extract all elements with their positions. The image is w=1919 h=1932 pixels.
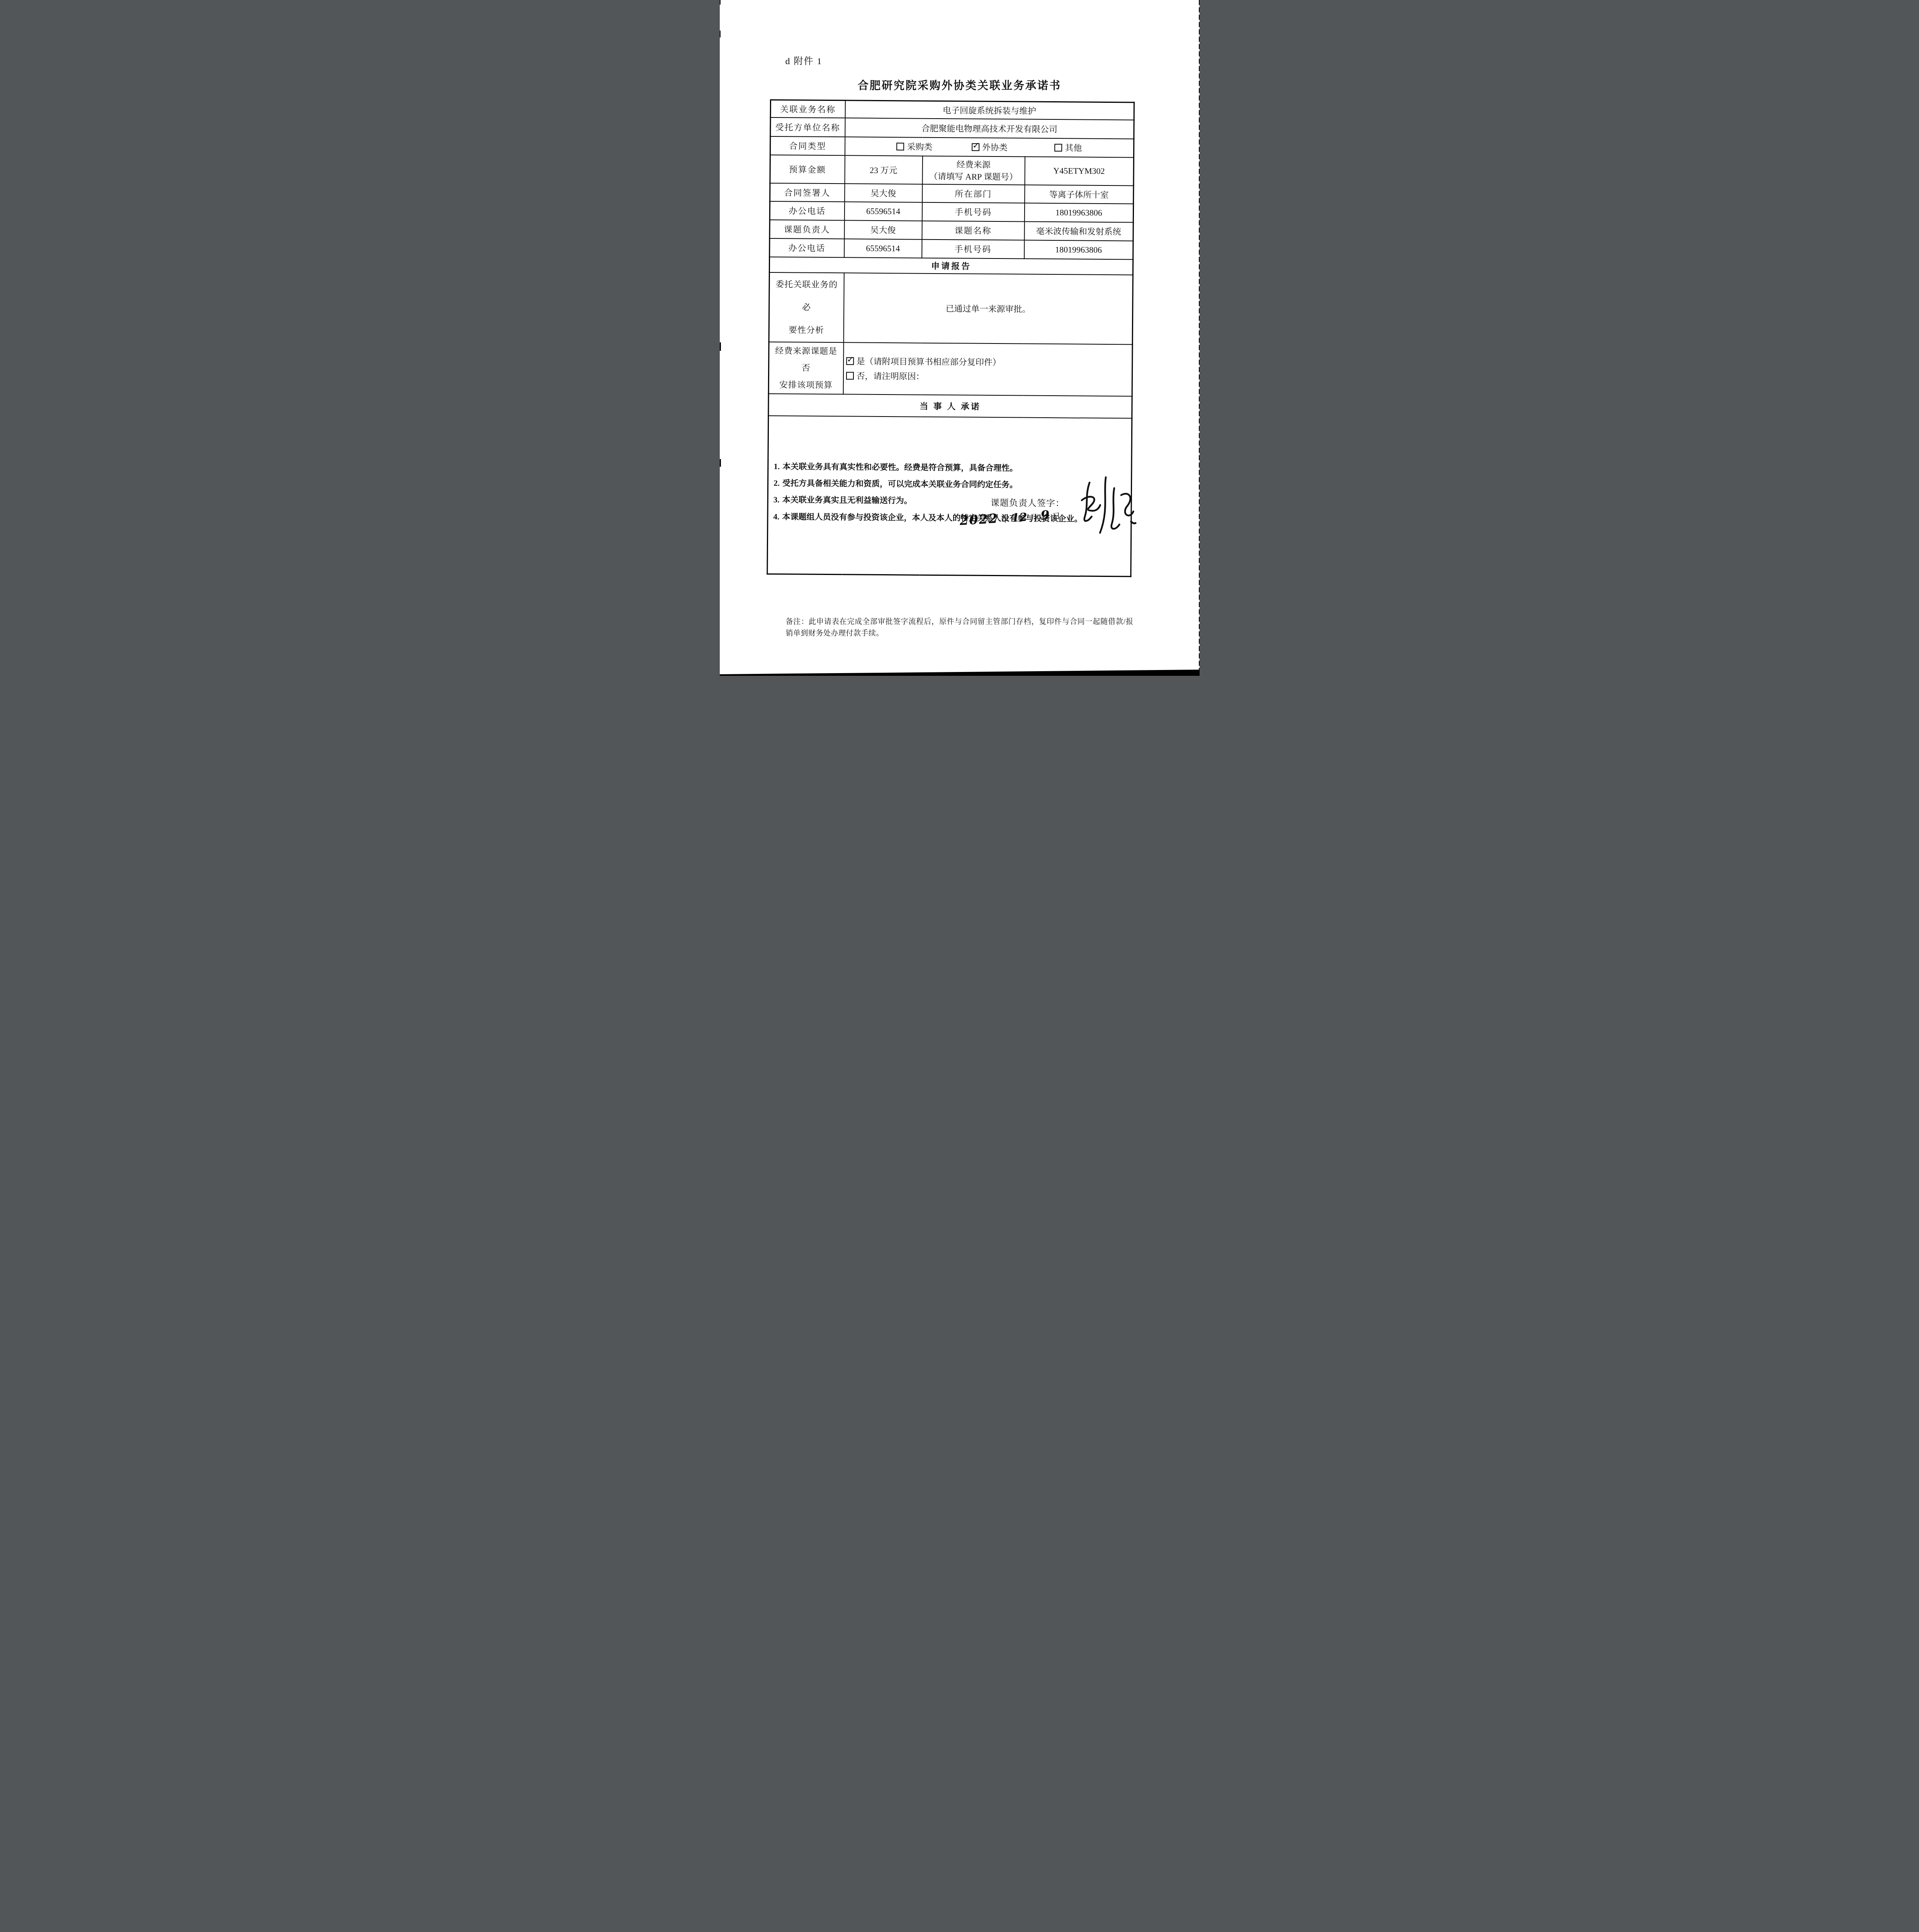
date-day: 9 [1040,507,1050,523]
table-row-application-report-header: 申请报告 [769,257,1133,275]
project-name-label: 课题名称 [921,221,1024,240]
office-phone-label: 办公电话 [769,238,844,257]
business-name-value: 电子回旋系统拆装与维护 [845,100,1134,120]
footer-note: 备注：此申请表在完成全部审批签字流程后，原件与合同留主管部门存档，复印件与合同一… [786,616,1134,640]
contract-signer-value: 吴大俊 [844,184,922,202]
date-month-unit: 月 [1030,513,1038,522]
contract-type-label: 合同类型 [770,136,845,155]
department-label: 所在部门 [922,184,1024,203]
date-month: 12 [1011,510,1027,524]
scan-bottom-bar-artifact [720,668,1200,676]
mobile-value: 18019963806 [1024,240,1133,259]
table-row-necessity: 委托关联业务的必 要性分析 已通过单一来源审批。 [769,272,1133,344]
promise-number: 2. [770,478,782,489]
date-year: 2022 [959,511,998,528]
table-row-promise-header: 当 事 人 承诺 [768,394,1132,418]
checkbox-unchecked [1054,144,1062,151]
contract-type-option-outsourcing: ✓外协类 [971,141,1007,153]
contract-type-options: 采购类 ✓外协类 其他 [845,137,1134,157]
budget-arranged-yes: ✓是（请附项目预算书相应部分复印件） [846,355,1129,369]
office-phone-label: 办公电话 [770,201,844,220]
budget-arranged-no: 否，请注明原因： [846,370,1129,384]
promise-number: 1. [771,461,782,472]
budget-amount-label: 预算金额 [770,155,845,184]
contract-type-option-other: 其他 [1054,141,1082,153]
contract-type-option-label: 外协类 [982,143,1007,152]
department-value: 等离子体所十室 [1024,185,1133,204]
checkmark-icon: ✓ [846,355,854,365]
promise-item-1: 1.本关联业务具有真实性和必要性。经费是符合预算，具备合理性。 [771,461,1129,474]
date-day-unit: 日 [1052,511,1060,521]
promise-text: 受托方具备相关能力和资质，可以完成本关联业务合同约定任务。 [782,478,1017,490]
table-row-office-phone-1: 办公电话 65596514 手机号码 18019963806 [770,201,1133,223]
table-row-business-name: 关联业务名称 电子回旋系统拆装与维护 [770,100,1134,120]
scanned-document-page: d 附件 1 合肥研究院采购外协类关联业务承诺书 关联业务名称 电子回旋系统拆装… [720,0,1200,676]
table-row-trustee: 受托方单位名称 合肥聚能电物理高技术开发有限公司 [770,117,1134,139]
contract-signer-label: 合同签署人 [770,183,844,202]
promise-text: 本关联业务具有真实性和必要性。经费是符合预算，具备合理性。 [782,461,1018,474]
trustee-label: 受托方单位名称 [770,117,845,137]
attachment-label: d 附件 1 [785,53,823,67]
table-row-budget: 预算金额 23 万元 经费来源 （请填写 ARP 课题号） Y45ETYM302 [770,155,1134,186]
scan-edge-artifact-left [720,342,721,351]
checkbox-checked: ✓ [971,143,979,151]
office-phone-value: 65596514 [844,202,922,221]
office-phone-value: 65596514 [844,239,921,258]
project-leader-value: 吴大俊 [844,220,921,239]
budget-arranged-label: 经费来源课题是否 安排该项预算 [768,342,843,394]
contract-type-option-label: 其他 [1065,143,1082,153]
necessity-value: 已通过单一来源审批。 [843,273,1133,344]
checkbox-checked: ✓ [846,357,853,365]
table-row-project-leader: 课题负责人 吴大俊 课题名称 毫米波传输和发射系统 [769,220,1133,241]
mobile-label: 手机号码 [921,239,1024,259]
promise-item-4: 4.本课题组人员没有参与投资该企业，本人及本人的特定关系人没有参与投资该企业。 [770,512,1128,525]
scan-edge-artifact-left [720,459,721,467]
project-leader-label: 课题负责人 [769,220,844,239]
table-row-budget-arranged: 经费来源课题是否 安排该项预算 ✓是（请附项目预算书相应部分复印件） 否，请注明… [768,342,1132,396]
budget-arranged-options: ✓是（请附项目预算书相应部分复印件） 否，请注明原因： [843,342,1132,396]
checkbox-unchecked [846,372,853,380]
scan-edge-artifact-right [1199,0,1200,676]
necessity-label: 委托关联业务的必 要性分析 [769,272,844,342]
checkbox-unchecked [896,143,904,150]
promise-item-3: 3.本关联业务真实且无利益输送行为。 [770,495,1128,508]
handwritten-signature-scrawl [1076,475,1138,541]
scan-edge-artifact-left [720,31,721,37]
table-row-office-phone-2: 办公电话 65596514 手机号码 18019963806 [769,238,1133,260]
checkmark-icon: ✓ [972,141,979,151]
contract-type-option-label: 采购类 [907,142,932,151]
budget-arranged-yes-label: 是（请附项目预算书相应部分复印件） [856,357,1001,367]
project-name-value: 毫米波传输和发射系统 [1024,221,1133,241]
business-name-label: 关联业务名称 [770,100,845,118]
promise-item-2: 2.受托方具备相关能力和资质，可以完成本关联业务合同约定任务。 [770,478,1128,491]
page-title: 合肥研究院采购外协类关联业务承诺书 [720,77,1200,93]
budget-arranged-no-label: 否，请注明原因： [856,371,924,381]
mobile-label: 手机号码 [922,202,1024,221]
scan-edge-artifact-left [720,0,721,5]
contract-type-option-purchase: 采购类 [896,140,932,153]
application-report-header: 申请报告 [769,257,1133,275]
date-year-unit: 年 [1000,515,1009,524]
form-area: 关联业务名称 电子回旋系统拆装与维护 受托方单位名称 合肥聚能电物理高技术开发有… [767,99,1133,552]
fund-source-label: 经费来源 （请填写 ARP 课题号） [922,156,1025,185]
fund-source-value: Y45ETYM302 [1024,156,1134,185]
promise-number: 3. [770,495,782,505]
table-row-contract-type: 合同类型 采购类 ✓外协类 其他 [770,136,1134,158]
table-row-contract-signer: 合同签署人 吴大俊 所在部门 等离子体所十室 [770,183,1133,204]
mobile-value: 18019963806 [1024,203,1133,222]
promise-number: 4. [770,512,782,522]
budget-amount-value: 23 万元 [844,155,922,184]
trustee-value: 合肥聚能电物理高技术开发有限公司 [845,118,1134,139]
promise-text: 本关联业务真实且无利益输送行为。 [782,495,912,507]
promise-header: 当 事 人 承诺 [768,394,1132,418]
